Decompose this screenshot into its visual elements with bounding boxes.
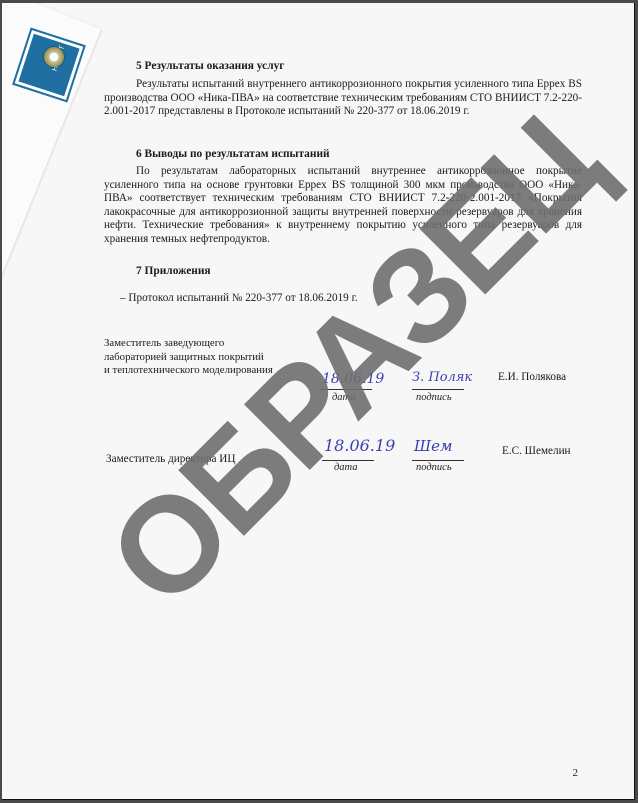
signer2-date: 18.06.19 xyxy=(324,436,395,455)
signer1-signature: З. Поляк xyxy=(412,370,472,385)
grommet-icon xyxy=(44,47,64,67)
signer2-date-caption: дата xyxy=(334,462,358,473)
signer1-name: Е.И. Полякова xyxy=(498,371,566,385)
signer2-signature-line xyxy=(412,460,464,461)
signer1-signature-line xyxy=(412,389,464,390)
signer2-signature: Шем xyxy=(414,437,452,455)
signer2-signature-caption: подпись xyxy=(416,462,452,473)
signer2-date-line xyxy=(322,460,374,461)
section6-body: По результатам лабораторных испытаний вн… xyxy=(104,165,582,247)
attachment-item: – Протокол испытаний № 220-377 от 18.06.… xyxy=(120,292,358,306)
signer1-signature-caption: подпись xyxy=(416,392,452,403)
signer2-name: Е.С. Шемелин xyxy=(502,445,571,459)
signer2-position: Заместитель директора ИЦ xyxy=(106,453,235,467)
page-number: 2 xyxy=(573,767,579,779)
section5-body: Результаты испытаний внутреннего антикор… xyxy=(104,78,582,119)
signer1-date-caption: дата xyxy=(332,392,356,403)
signer1-position: Заместитель заведующего лабораторией защ… xyxy=(104,337,273,378)
document-page: НИИСТ 5 Результаты оказания услуг Резуль… xyxy=(2,3,635,800)
signer1-date-line xyxy=(320,389,372,390)
section7-heading: 7 Приложения xyxy=(136,265,211,279)
signer1-date: 18.06.19 xyxy=(322,371,384,387)
section5-heading: 5 Результаты оказания услуг xyxy=(136,60,284,74)
section6-heading: 6 Выводы по результатам испытаний xyxy=(136,148,330,162)
